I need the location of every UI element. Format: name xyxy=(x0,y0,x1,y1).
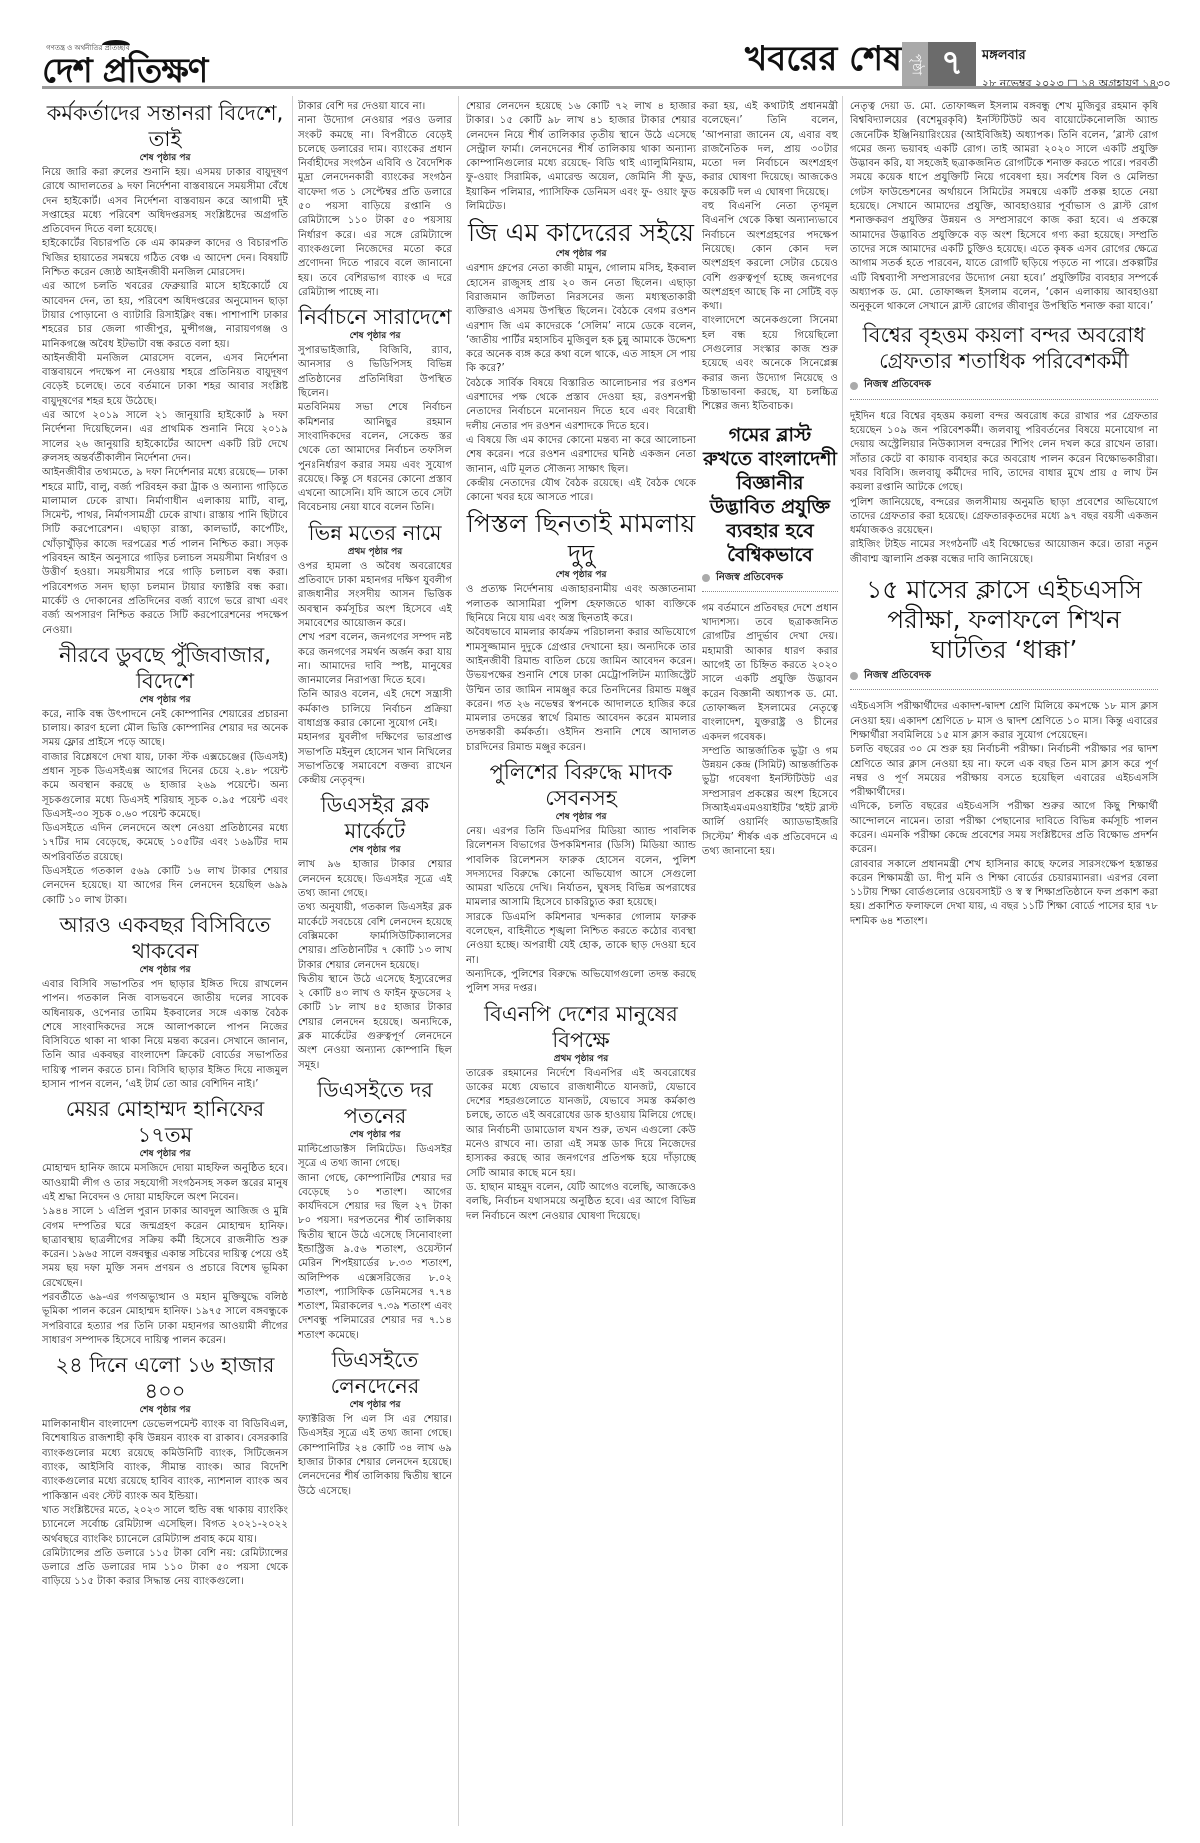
masthead: গণতন্ত্র ও অর্থনীতির প্রতিচ্ছবি দেশ প্রত… xyxy=(0,0,1200,90)
byline: নিজস্ব প্রতিবেদক xyxy=(850,669,1158,683)
continued-label: শেষ পৃষ্ঠার পর xyxy=(466,811,696,823)
article-coal-port-blockade: বিশ্বের বৃহত্তম কয়লা বন্দর অবরোধ গ্রেফত… xyxy=(850,322,1158,567)
continued-label: শেষ পৃষ্ঠার পর xyxy=(298,1399,452,1411)
date: ২৮ নভেম্বর ২০২৩ □ ১৪ অগ্রহায়ণ ১৪৩০ xyxy=(982,75,1171,94)
paragraph: সারকে ডিএমপি কমিশনার খন্দকার গোলাম ফারুক… xyxy=(466,911,696,968)
dotted-divider xyxy=(850,399,1158,400)
paragraph: এর আগে চলতি খবরের ফেব্রুয়ারি মাসে হাইকো… xyxy=(42,280,288,351)
article-stock-market-sinking: নীরবে ডুবছে পুঁজিবাজার, বিদেশে শেষ পৃষ্ঠ… xyxy=(42,642,288,908)
headline[interactable]: নীরবে ডুবছে পুঁজিবাজার, বিদেশে xyxy=(42,642,288,694)
paragraph: নেয়। এরপর তিনি ডিএমপির মিডিয়া অ্যান্ড … xyxy=(466,825,696,911)
paragraph: ওপর হামলা ও অবৈধ অবরোধের প্রতিবাদে ঢাকা … xyxy=(298,560,452,631)
paragraph: ড. হাছান মাহমুদ বলেন, যেটি আগেও বলেছি, আ… xyxy=(466,1181,696,1224)
paragraph: আইনজীবীর তথ্যমতে, ৯ দফা নির্দেশনার মধ্যে… xyxy=(42,466,288,638)
article-remittance-24-days: ২৪ দিনে এলো ১৬ হাজার ৪০০ শেষ পৃষ্ঠার পর … xyxy=(42,1352,288,1590)
paragraph: আইনজীবী মনজিল মোরসেদ বলেন, এসব নির্দেশনা… xyxy=(42,352,288,409)
continued-label: শেষ পৃষ্ঠার পর xyxy=(298,330,452,342)
paragraph: পরবর্তীতে ৬৯-এর গণঅভ্যুত্থান ও মহান মুক্… xyxy=(42,1291,288,1348)
paragraph: বৈঠকে সার্বিক বিষয়ে বিস্তারিত আলোচনার প… xyxy=(466,377,696,434)
continued-label: শেষ পৃষ্ঠার পর xyxy=(298,1129,452,1141)
paragraph: পুলিশ জানিয়েছে, বন্দরের জলসীমায় অনুমতি… xyxy=(850,496,1158,539)
dotted-divider xyxy=(702,591,838,592)
headline[interactable]: ডিএসইতে দর পতনের xyxy=(298,1077,452,1129)
paragraph: দ্বিতীয় স্থানে উঠে এসেছে ইস্যুরেন্সের ২… xyxy=(298,973,452,1073)
paragraph: লাখ ৯৬ হাজার টাকার শেয়ার লেনদেন হয়েছে।… xyxy=(298,858,452,901)
article-dollar-rate: টাকার বেশি দর দেওয়া যাবে না। নানা উদ্যো… xyxy=(298,100,452,300)
masthead-rule xyxy=(42,86,1158,89)
page-label: পৃষ্ঠা xyxy=(902,42,928,88)
headline[interactable]: বিএনপি দেশের মানুষের বিপক্ষে xyxy=(466,1001,696,1053)
page-number: ৭ xyxy=(928,42,976,88)
bullet-icon xyxy=(850,382,858,390)
continued-label: শেষ পৃষ্ঠার পর xyxy=(466,248,696,260)
paragraph: চলতি বছরের ৩০ মে শুরু হয় নির্বাচনী পরীক… xyxy=(850,743,1158,800)
column-divider xyxy=(292,96,293,1826)
paragraph: বহু বিএনপি নেতা তৃণমূল বিএনপি থেকে কিম্ব… xyxy=(702,200,838,314)
headline[interactable]: ২৪ দিনে এলো ১৬ হাজার ৪০০ xyxy=(42,1352,288,1404)
paragraph: মহানগর যুবলীগ দক্ষিণের ভারপ্রাপ্ত সভাপতি… xyxy=(298,731,452,788)
paragraph: অবৈধভাবে মামলার কার্যক্রম পরিচালনা করার … xyxy=(466,626,696,755)
continued-label: শেষ পৃষ্ঠার পর xyxy=(42,1148,288,1160)
headline[interactable]: ১৫ মাসের ক্লাসে এইচএসসি পরীক্ষা, ফলাফলে … xyxy=(850,575,1158,665)
brand-name: দেশ প্রতিক্ষণ xyxy=(42,54,207,88)
headline[interactable]: পুলিশের বিরুদ্ধে মাদক সেবনসহ xyxy=(466,759,696,811)
article-dse-block-market: ডিএসইর ব্লক মার্কেটে শেষ পৃষ্ঠার পর লাখ … xyxy=(298,792,452,1072)
paragraph: টাকার বেশি দর দেওয়া যাবে না। xyxy=(298,100,452,114)
paragraph: বাজার বিশ্লেষণে দেখা যায়, ঢাকা স্টক এক্… xyxy=(42,751,288,822)
column-divider xyxy=(842,96,843,1826)
article-dse-transactions: ডিএসইতে লেনদেনের শেষ পৃষ্ঠার পর ফ্যাক্টর… xyxy=(298,1347,452,1499)
paragraph: কেন্দ্রীয় নেতাদের যৌথ বৈঠক রয়েছে। এই ব… xyxy=(466,477,696,506)
column-second: টাকার বেশি দর দেওয়া যাবে না। নানা উদ্যো… xyxy=(298,100,452,1830)
paragraph: এ বিষয়ে জি এম কাদের কোনো মন্তব্য না করে… xyxy=(466,434,696,477)
continued-label: শেষ পৃষ্ঠার পর xyxy=(466,569,696,581)
paragraph: ও প্রত্যক্ষ নির্দেশনায় এজাহারনামীয় এবং… xyxy=(466,583,696,626)
paragraph: এদিকে, চলতি বছরের এইচএসসি পরীক্ষা শুরুর … xyxy=(850,800,1158,857)
article-hsc-exam-results: ১৫ মাসের ক্লাসে এইচএসসি পরীক্ষা, ফলাফলে … xyxy=(850,575,1158,929)
paragraph: অন্যদিকে, পুলিশের বিরুদ্ধে অভিযোগগুলো তদ… xyxy=(466,968,696,997)
paragraph: মালিকানাধীন বাংলাদেশ ডেভেলপমেন্ট ব্যাংক … xyxy=(42,1418,288,1504)
byline: নিজস্ব প্রতিবেদক xyxy=(850,378,1158,392)
article-police-drug-abuse: পুলিশের বিরুদ্ধে মাদক সেবনসহ শেষ পৃষ্ঠার… xyxy=(466,759,696,997)
article-dissent-name: ভিন্ন মতের নামে প্রথম পৃষ্ঠার পর ওপর হাম… xyxy=(298,520,452,789)
headline[interactable]: মেয়র মোহাম্মদ হানিফের ১৭তম xyxy=(42,1096,288,1148)
paragraph: তিনি আরও বলেন, এই দেশে সন্ত্রাসী কর্মকাণ… xyxy=(298,688,452,731)
article-wheat-blast-technology: গমের ব্লাস্ট রুখতে বাংলাদেশী বিজ্ঞানীর উ… xyxy=(702,423,838,860)
paragraph: শেখ পরশ বলেন, জনগণের সম্পদ নষ্ট করে জনগণ… xyxy=(298,631,452,688)
article-bnp-against-people: বিএনপি দেশের মানুষের বিপক্ষে প্রথম পৃষ্ঠ… xyxy=(466,1001,696,1224)
article-officials-children-abroad: কর্মকর্তাদের সন্তানরা বিদেশে, তাই শেষ পৃ… xyxy=(42,100,288,638)
paragraph: ডিএসইতে এদিন লেনদেনে অংশ নেওয়া প্রতিষ্ঠ… xyxy=(42,822,288,865)
column-third: শেয়ার লেনদেন হয়েছে ১৬ কোটি ৭২ লাখ ৪ হা… xyxy=(466,100,696,1830)
weekday: মঙ্গলবার xyxy=(982,46,1171,67)
paragraph: ফ্যাক্টরিজ পি এল সি এর শেয়ার। ডিএসইর সূ… xyxy=(298,1413,452,1499)
column-left: কর্মকর্তাদের সন্তানরা বিদেশে, তাই শেষ পৃ… xyxy=(42,96,288,1831)
paragraph: শেয়ার লেনদেন হয়েছে ১৬ কোটি ৭২ লাখ ৪ হা… xyxy=(466,100,696,214)
continued-label: শেষ পৃষ্ঠার পর xyxy=(42,694,288,706)
column-right: নেতৃত্ব দেয়া ড. মো. তোফাজ্জল ইসলাম বঙ্গ… xyxy=(850,100,1158,1830)
paragraph: রেমিট্যান্সের প্রতি ডলারে ১১৫ টাকা বেশি … xyxy=(42,1547,288,1590)
byline: নিজস্ব প্রতিবেদক xyxy=(702,571,838,585)
paragraph: এর আগে ২০১৯ সালে ২১ জানুয়ারি হাইকোর্ট ৯… xyxy=(42,409,288,466)
paragraph: করে, নাকি বন্ধ উৎপাদনে নেই কোম্পানির শেয… xyxy=(42,708,288,751)
column-divider xyxy=(458,96,459,1826)
article-election-nationwide: নির্বাচনে সারাদেশে শেষ পৃষ্ঠার পর সুপারভ… xyxy=(298,304,452,516)
headline[interactable]: জি এম কাদেরের সইয়ে xyxy=(466,218,696,248)
column-fourth: করা হয়, এই কথাটাই প্রধানমন্ত্রী বলেছেন।… xyxy=(702,100,838,1830)
continued-label: শেষ পৃষ্ঠার পর xyxy=(298,844,452,856)
paragraph: এবার বিসিবি সভাপতির পদ ছাড়ার ইঙ্গিত দিয… xyxy=(42,978,288,1092)
paragraph: হাইকোর্টের বিচারপতি কে এম কামরুল কাদের ও… xyxy=(42,237,288,280)
headline[interactable]: ডিএসইর ব্লক মার্কেটে xyxy=(298,792,452,844)
headline[interactable]: আরও একবছর বিসিবিতে থাকবেন xyxy=(42,912,288,964)
bullet-icon xyxy=(702,574,710,582)
continued-label: প্রথম পৃষ্ঠার পর xyxy=(298,546,452,558)
headline[interactable]: বিশ্বের বৃহত্তম কয়লা বন্দর অবরোধ গ্রেফত… xyxy=(850,322,1158,374)
article-dse-price-fall: ডিএসইতে দর পতনের শেষ পৃষ্ঠার পর মাল্টিপ্… xyxy=(298,1077,452,1343)
paragraph: রোববার সকালে প্রধানমন্ত্রী শেখ হাসিনার ক… xyxy=(850,858,1158,929)
logo-swoosh-icon xyxy=(102,40,130,50)
article-pistol-snatching-dudu: পিস্তল ছিনতাই মামলায় দুদু শেষ পৃষ্ঠার প… xyxy=(466,509,696,755)
paragraph: ১৯৪৪ সালে ১ এপ্রিল পুরান ঢাকার আবদুল আজি… xyxy=(42,1205,288,1291)
paragraph: খাত সংশ্লিষ্টদের মতে, ২০২৩ সালে হুন্ডি ব… xyxy=(42,1504,288,1547)
dotted-divider xyxy=(850,689,1158,690)
headline[interactable]: নির্বাচনে সারাদেশে xyxy=(298,304,452,330)
paragraph: গম বর্তমানে প্রতিবছর দেশে প্রধান খাদ্যশস… xyxy=(702,602,838,745)
article-bcb-another-year: আরও একবছর বিসিবিতে থাকবেন শেষ পৃষ্ঠার পর… xyxy=(42,912,288,1092)
headline[interactable]: ডিএসইতে লেনদেনের xyxy=(298,1347,452,1399)
paragraph: এইচএসসি পরীক্ষার্থীদের একাদশ-দ্বাদশ শ্রে… xyxy=(850,700,1158,743)
headline[interactable]: ভিন্ন মতের নামে xyxy=(298,520,452,546)
paragraph: তথ্য অনুযায়ী, গতকাল ডিএসইর ব্লক মার্কেট… xyxy=(298,901,452,972)
continued-label: শেষ পৃষ্ঠার পর xyxy=(42,152,288,164)
paragraph: এরশাদ গ্রুপের নেতা কাজী মামুন, গোলাম মসি… xyxy=(466,262,696,376)
headline[interactable]: কর্মকর্তাদের সন্তানরা বিদেশে, তাই xyxy=(42,100,288,152)
paragraph: ডিএসইতে গতকাল ৫৬৯ কোটি ১৬ লাখ টাকার শেয়… xyxy=(42,865,288,908)
bullet-icon xyxy=(850,672,858,680)
paragraph: করা হয়, এই কথাটাই প্রধানমন্ত্রী বলেছেন।… xyxy=(702,100,838,200)
article-mayor-hanif: মেয়র মোহাম্মদ হানিফের ১৭তম শেষ পৃষ্ঠার … xyxy=(42,1096,288,1348)
paragraph: মাল্টিপ্রোডাক্টস লিমিটেড। ডিএসইর সূত্রে … xyxy=(298,1143,452,1172)
continued-label: শেষ পৃষ্ঠার পর xyxy=(42,1404,288,1416)
paragraph: সুপারভাইজারি, বিজিবি, র‍্যাব, আনসার ও ভি… xyxy=(298,344,452,401)
page-number-box: পৃষ্ঠা ৭ xyxy=(902,42,976,88)
headline[interactable]: গমের ব্লাস্ট রুখতে বাংলাদেশী বিজ্ঞানীর উ… xyxy=(702,423,838,567)
article-gm-quader-signature: জি এম কাদেরের সইয়ে শেষ পৃষ্ঠার পর এরশাদ… xyxy=(466,218,696,505)
continued-label: শেষ পৃষ্ঠার পর xyxy=(42,964,288,976)
paragraph: জানা গেছে, কোম্পানিটির শেয়ার দর বেড়েছে… xyxy=(298,1172,452,1344)
paragraph: মতবিনিময় সভা শেষে নির্বাচন কমিশনার আনিছ… xyxy=(298,401,452,515)
paragraph: মোহাম্মদ হানিফ জামে মসজিদে দোয়া মাহফিল … xyxy=(42,1162,288,1205)
paragraph: সম্প্রতি আন্তর্জাতিক ভুট্টা ও গম উন্নয়ন… xyxy=(702,745,838,859)
paragraph: দুইদিন ধরে বিশ্বের বৃহত্তম কয়লা বন্দর অ… xyxy=(850,410,1158,496)
paragraph: নানা উদ্যোগ নেওয়ার পরও ডলার সংকট কমছে ন… xyxy=(298,114,452,300)
paragraph: তারেক রহমানের নির্দেশে বিএনপির এই অবরোধে… xyxy=(466,1067,696,1181)
paragraph: নেতৃত্ব দেয়া ড. মো. তোফাজ্জল ইসলাম বঙ্গ… xyxy=(850,100,1158,314)
headline[interactable]: পিস্তল ছিনতাই মামলায় দুদু xyxy=(466,509,696,569)
paragraph: বাংলাদেশে অনেকগুলো সিনেমা হল বন্ধ হয়ে গ… xyxy=(702,314,838,414)
paragraph: নিয়ে জারি করা রুলের শুনানি হয়। এসময় ঢ… xyxy=(42,166,288,237)
paragraph: রাইজিং টাইড নামের সংগঠনটি এই বিক্ষোভের আ… xyxy=(850,538,1158,567)
continued-label: প্রথম পৃষ্ঠার পর xyxy=(466,1053,696,1065)
